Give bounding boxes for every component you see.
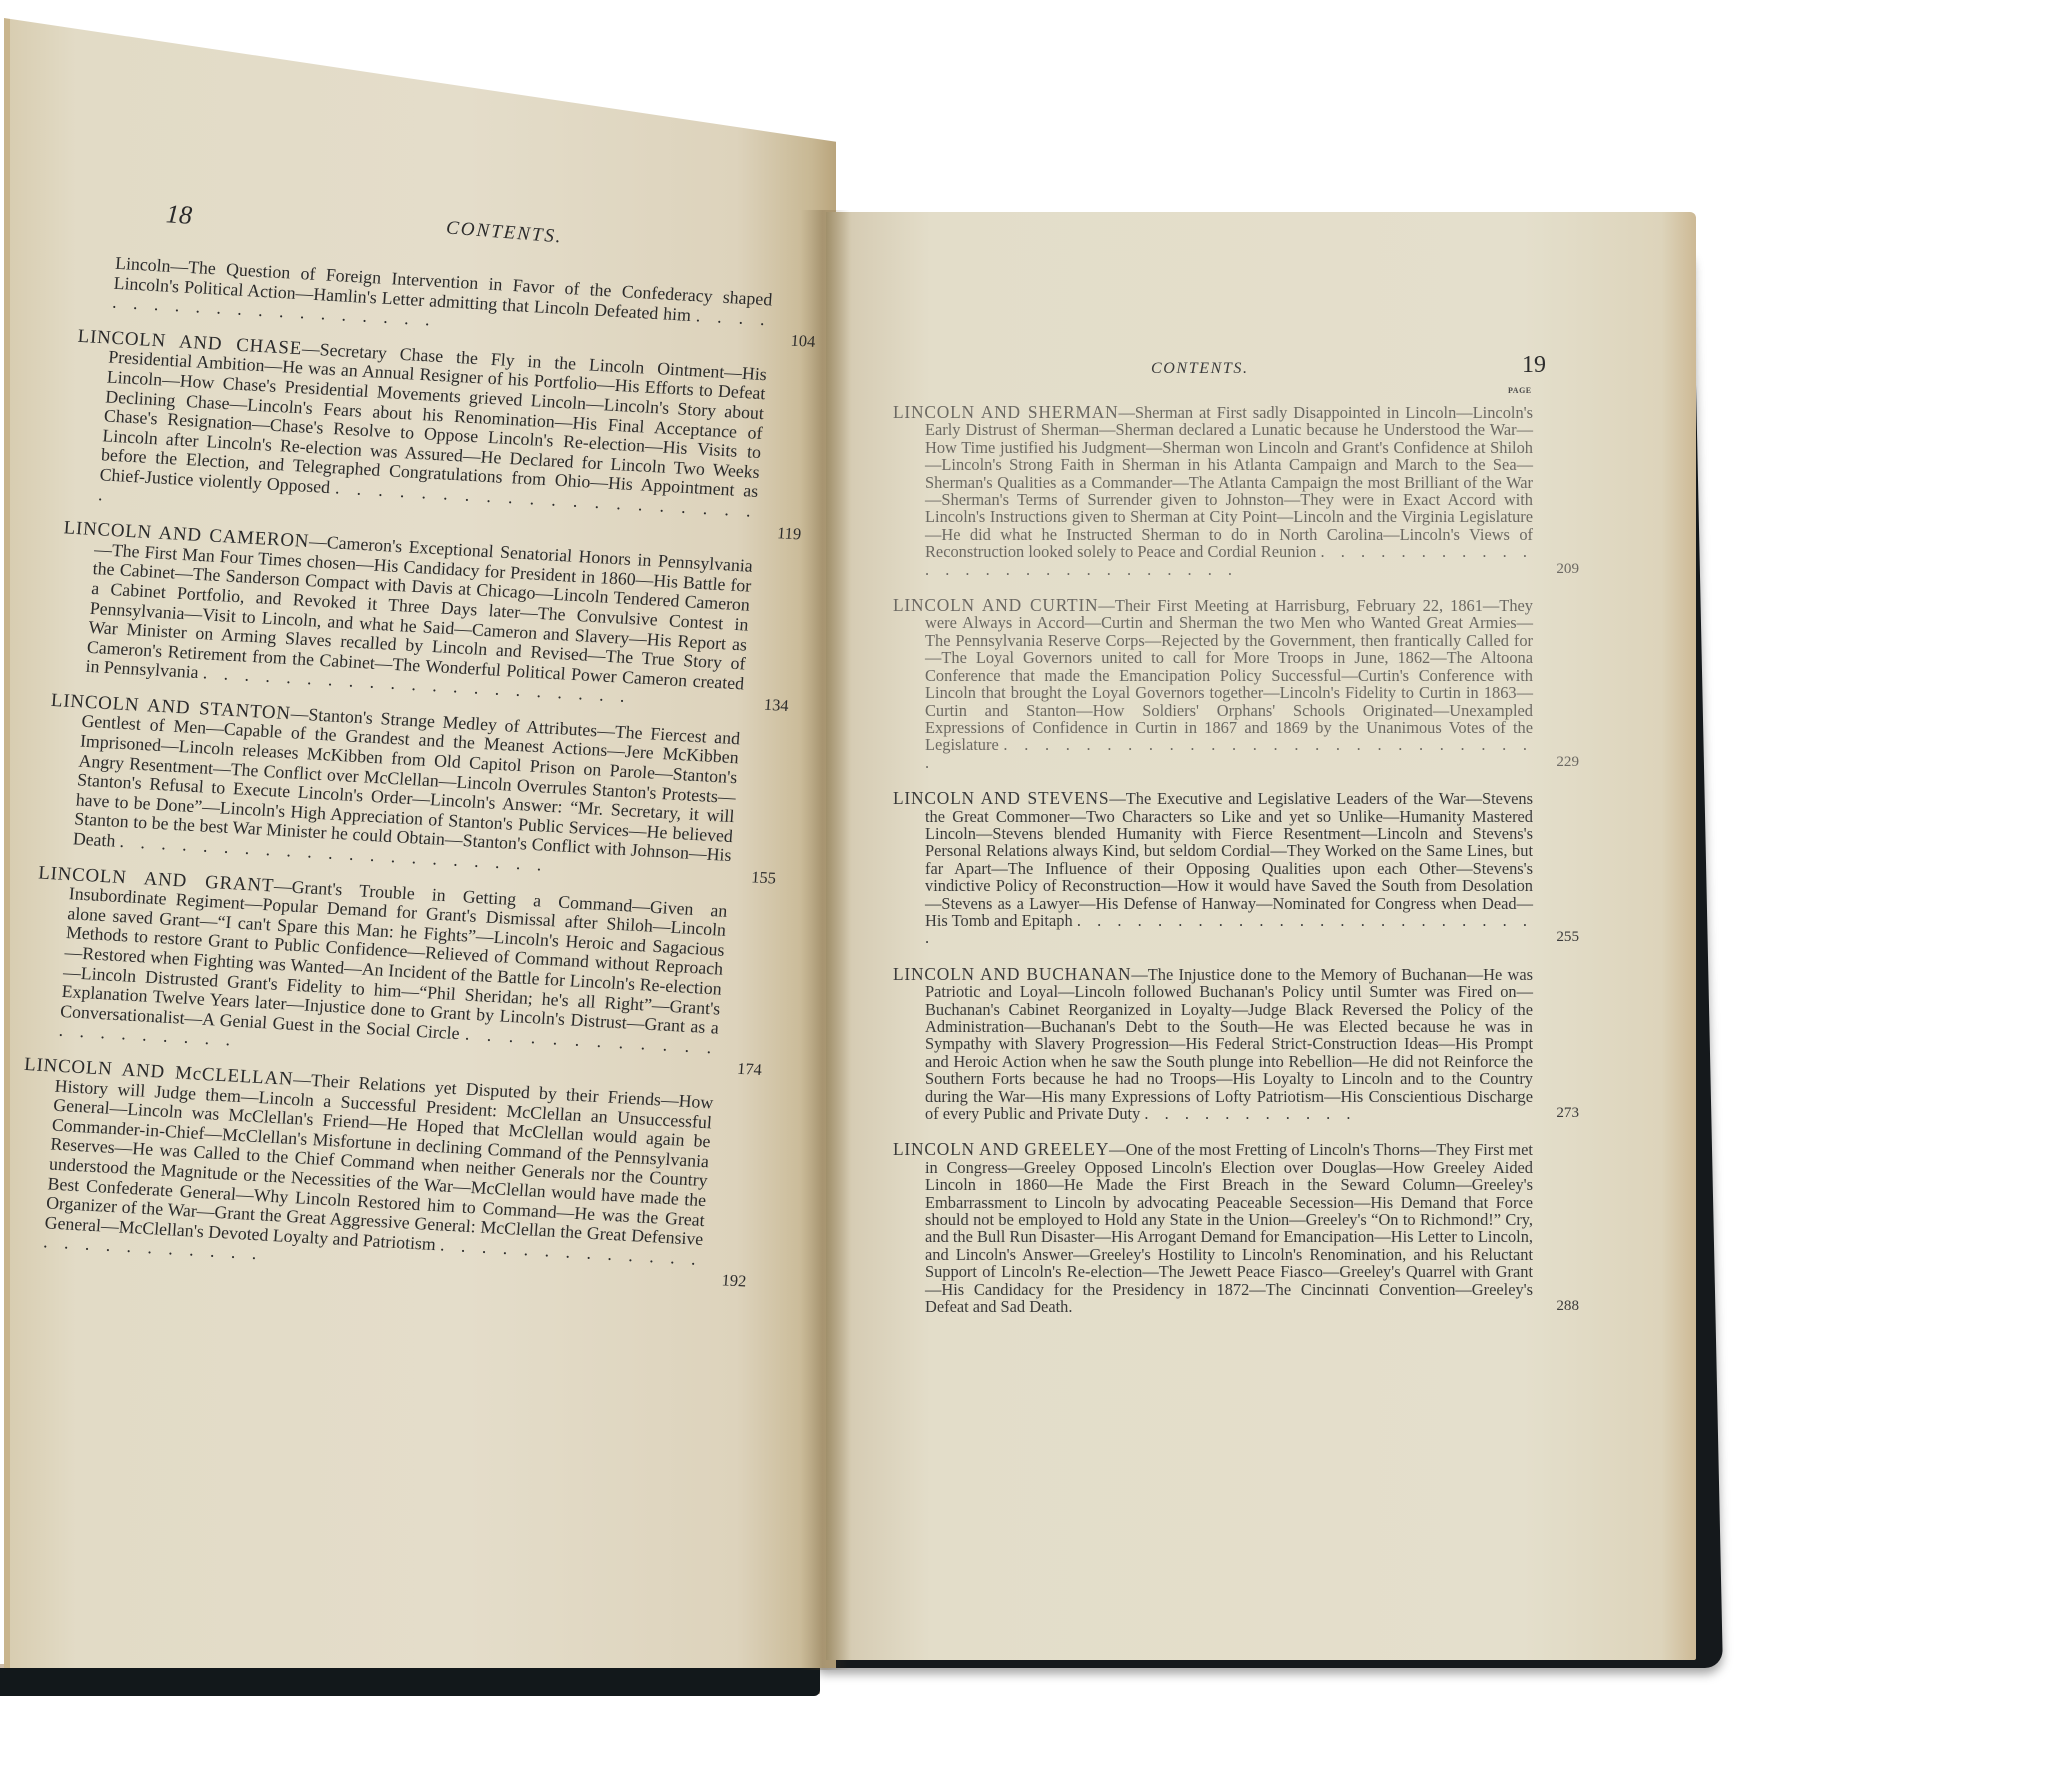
table-of-contents-left: Lincoln—The Question of Foreign Interven… <box>10 252 773 1305</box>
toc-page-number: 255 <box>1556 929 1579 946</box>
toc-page-number: 209 <box>1556 561 1579 578</box>
page-column-label: PAGE <box>1508 386 1532 395</box>
toc-entry-text: —Cameron's Exceptional Senatorial Honors… <box>85 531 753 693</box>
toc-entry-greeley[interactable]: LINCOLN AND GREELEY—One of the most Fret… <box>893 1141 1533 1315</box>
toc-entry-heading: LINCOLN AND STEVENS <box>893 789 1109 808</box>
toc-entry-text: —The Executive and Legislative Leaders o… <box>925 789 1533 930</box>
page-number-right: 19 <box>1522 352 1546 379</box>
toc-entry-chase[interactable]: LINCOLN AND CHASE—Secretary Chase the Fl… <box>66 327 768 541</box>
toc-page-number: 229 <box>1556 754 1579 771</box>
toc-entry-text: —Secretary Chase the Fly in the Lincoln … <box>99 338 767 501</box>
toc-entry-text: —Their First Meeting at Harrisburg, Febr… <box>925 596 1533 754</box>
toc-page-number: 155 <box>751 867 777 888</box>
toc-entry-buchanan[interactable]: LINCOLN AND BUCHANAN—The Injustice done … <box>893 966 1533 1123</box>
toc-entry-text: —One of the most Fretting of Lincoln's T… <box>925 1140 1533 1316</box>
dot-leader: . . . . . . . . . . . . . . . . . . . . … <box>925 735 1533 771</box>
running-head-right: CONTENTS. <box>1151 360 1249 378</box>
toc-entry-curtin[interactable]: LINCOLN AND CURTIN—Their First Meeting a… <box>893 597 1533 771</box>
toc-entry-text: —The Injustice done to the Memory of Buc… <box>925 965 1533 1123</box>
toc-entry-stanton[interactable]: LINCOLN AND STANTON—Stanton's Strange Me… <box>40 691 740 886</box>
toc-entry-stevens[interactable]: LINCOLN AND STEVENS—The Executive and Le… <box>893 790 1533 947</box>
toc-entry-heading: LINCOLN AND BUCHANAN <box>893 965 1131 984</box>
toc-entry-text: —Sherman at First sadly Disappointed in … <box>925 403 1533 561</box>
toc-page-number: 192 <box>721 1271 747 1292</box>
toc-entry-heading: LINCOLN AND GREELEY <box>893 1140 1109 1159</box>
toc-entry-grant[interactable]: LINCOLN AND GRANT—Grant's Trouble in Get… <box>26 863 728 1077</box>
toc-page-number: 134 <box>763 695 789 716</box>
toc-page-number: 288 <box>1556 1298 1579 1315</box>
dot-leader: . . . . . . . . . . . <box>1144 1104 1356 1123</box>
toc-entry-text: —Grant's Trouble in Getting a Command—Gi… <box>60 875 728 1043</box>
toc-entry-text: —Their Relations yet Disputed by their F… <box>44 1069 714 1254</box>
toc-page-number: 273 <box>1556 1105 1579 1122</box>
toc-entry-heading: LINCOLN AND CURTIN <box>893 596 1098 615</box>
table-of-contents-right: LINCOLN AND SHERMAN—Sherman at First sad… <box>893 404 1533 1335</box>
page-number-left: 18 <box>165 199 193 231</box>
toc-entry-heading: LINCOLN AND SHERMAN <box>893 403 1118 422</box>
toc-entry-cameron[interactable]: LINCOLN AND CAMERON—Cameron's Exceptiona… <box>53 518 753 713</box>
left-page-content: 18 CONTENTS. Lincoln—The Question of For… <box>0 0 830 1700</box>
toc-page-number: 174 <box>737 1059 763 1080</box>
running-head-left: CONTENTS. <box>445 217 563 248</box>
toc-entry-mcclellan[interactable]: LINCOLN AND McCLELLAN—Their Relations ye… <box>11 1055 714 1289</box>
toc-entry-sherman[interactable]: LINCOLN AND SHERMAN—Sherman at First sad… <box>893 404 1533 578</box>
toc-page-number: 119 <box>777 523 802 544</box>
book-gutter <box>800 210 850 1670</box>
